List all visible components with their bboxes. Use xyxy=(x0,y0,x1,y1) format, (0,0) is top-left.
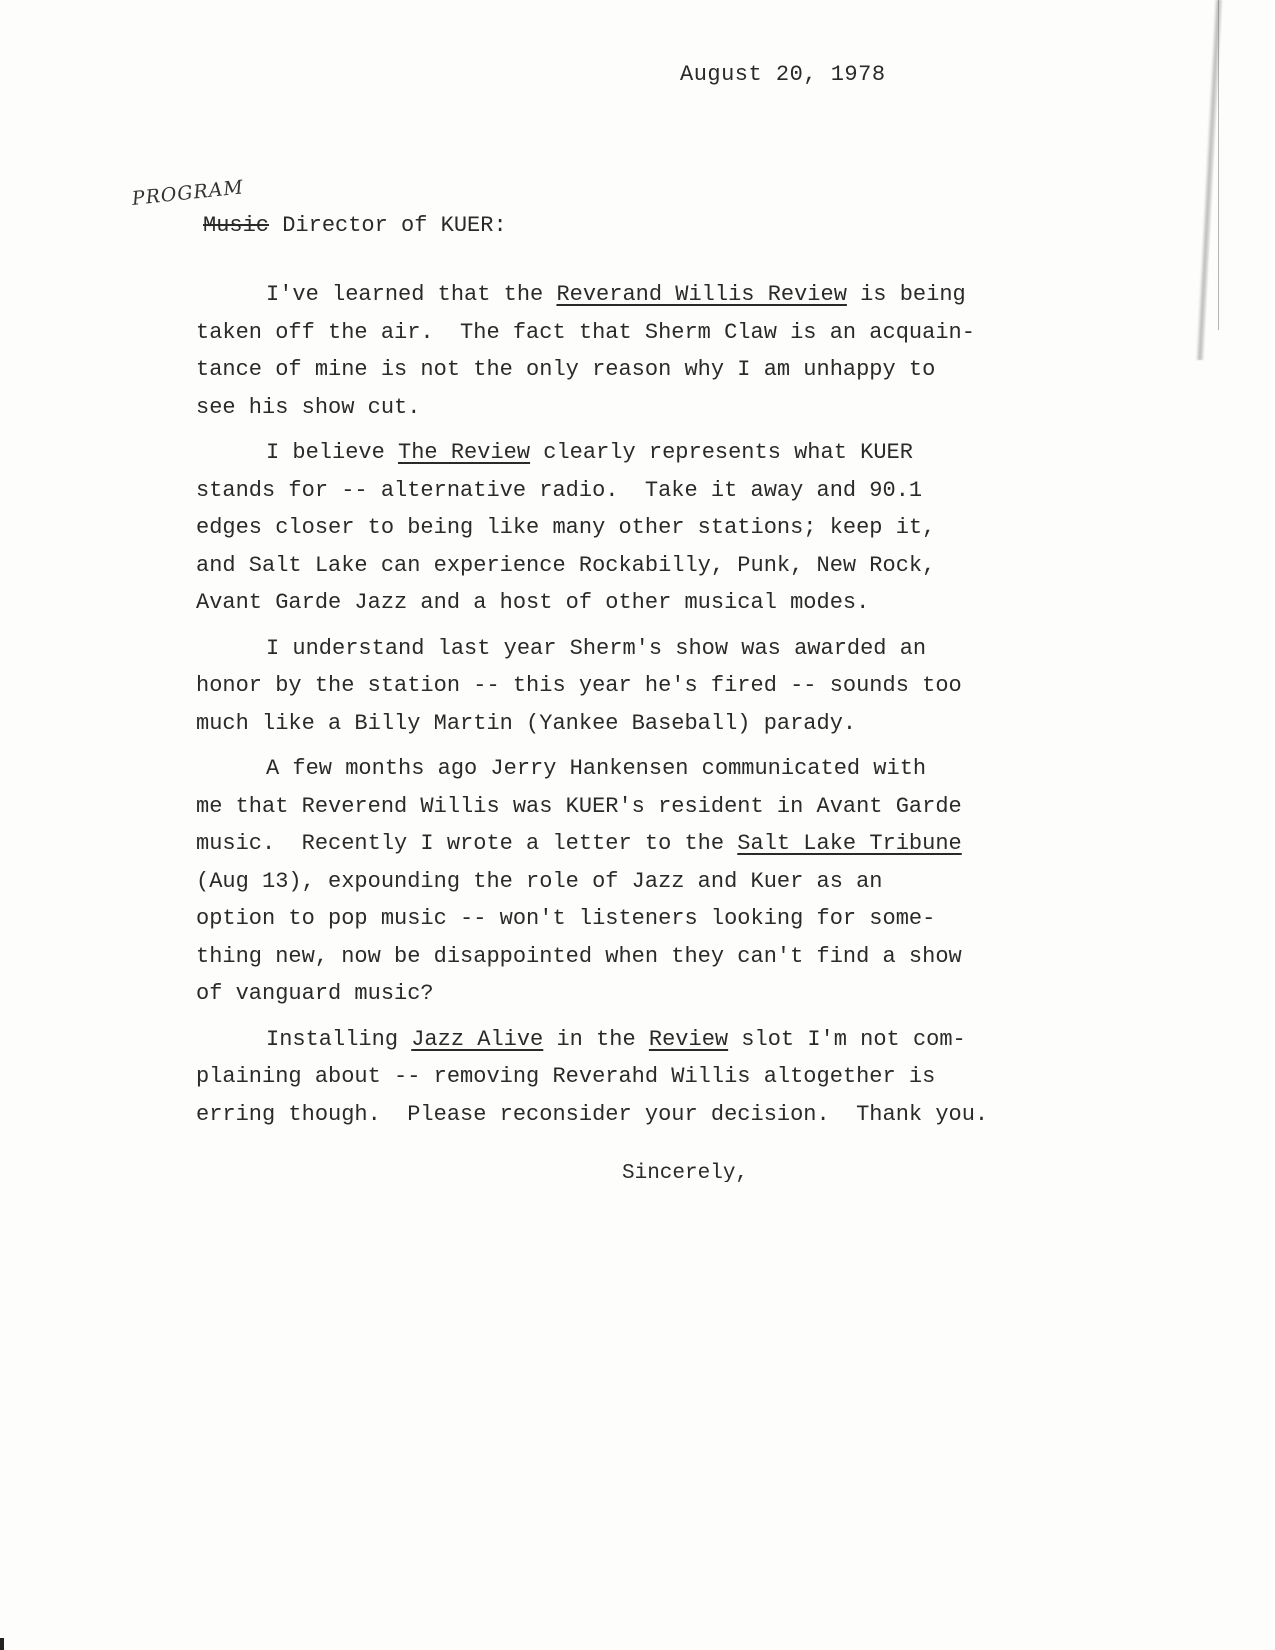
letter-date: August 20, 1978 xyxy=(680,62,886,87)
text-line: and Salt Lake can experience Rockabilly,… xyxy=(196,547,1076,585)
text-line: stands for -- alternative radio. Take it… xyxy=(196,472,1076,510)
paragraph: I've learned that the Reverand Willis Re… xyxy=(196,276,1076,426)
underlined-title: The Review xyxy=(398,440,530,465)
salutation-text: Director of KUER: xyxy=(269,213,507,238)
text-line: edges closer to being like many other st… xyxy=(196,509,1076,547)
underlined-title: Reverand Willis Review xyxy=(556,282,846,307)
text-line: option to pop music -- won't listeners l… xyxy=(196,900,1076,938)
text-line: me that Reverend Willis was KUER's resid… xyxy=(196,788,1076,826)
letter-page: August 20, 1978 PROGRAM Music Director o… xyxy=(0,0,1275,1650)
text-line: erring though. Please reconsider your de… xyxy=(196,1096,1076,1134)
closing: Sincerely, xyxy=(622,1162,748,1182)
text-line: music. Recently I wrote a letter to the … xyxy=(196,825,1076,863)
text-line: A few months ago Jerry Hankensen communi… xyxy=(196,750,1076,788)
text-line: (Aug 13), expounding the role of Jazz an… xyxy=(196,863,1076,901)
paragraph: I understand last year Sherm's show was … xyxy=(196,630,1076,743)
text-line: Installing Jazz Alive in the Review slot… xyxy=(196,1021,1076,1059)
text-line: much like a Billy Martin (Yankee Basebal… xyxy=(196,705,1076,743)
text-line: of vanguard music? xyxy=(196,975,1076,1013)
handwritten-annotation: PROGRAM xyxy=(131,176,245,210)
text-line: Avant Garde Jazz and a host of other mus… xyxy=(196,584,1076,622)
letter-body: I've learned that the Reverand Willis Re… xyxy=(196,276,1076,1141)
underlined-title: Review xyxy=(649,1027,728,1052)
text-line: I understand last year Sherm's show was … xyxy=(196,630,1076,668)
underlined-title: Salt Lake Tribune xyxy=(737,831,961,856)
text-line: tance of mine is not the only reason why… xyxy=(196,351,1076,389)
paragraph: I believe The Review clearly represents … xyxy=(196,434,1076,622)
page-edge-line xyxy=(1218,0,1219,330)
text-line: I believe The Review clearly represents … xyxy=(196,434,1076,472)
underlined-title: Jazz Alive xyxy=(411,1027,543,1052)
text-line: see his show cut. xyxy=(196,389,1076,427)
text-line: I've learned that the Reverand Willis Re… xyxy=(196,276,1076,314)
text-line: taken off the air. The fact that Sherm C… xyxy=(196,314,1076,352)
paragraph: A few months ago Jerry Hankensen communi… xyxy=(196,750,1076,1013)
text-line: plaining about -- removing Reverahd Will… xyxy=(196,1058,1076,1096)
text-line: honor by the station -- this year he's f… xyxy=(196,667,1076,705)
struck-word: Music xyxy=(203,213,269,238)
salutation: Music Director of KUER: xyxy=(203,213,507,238)
scan-corner-mark xyxy=(0,1638,4,1650)
paragraph: Installing Jazz Alive in the Review slot… xyxy=(196,1021,1076,1134)
text-line: thing new, now be disappointed when they… xyxy=(196,938,1076,976)
